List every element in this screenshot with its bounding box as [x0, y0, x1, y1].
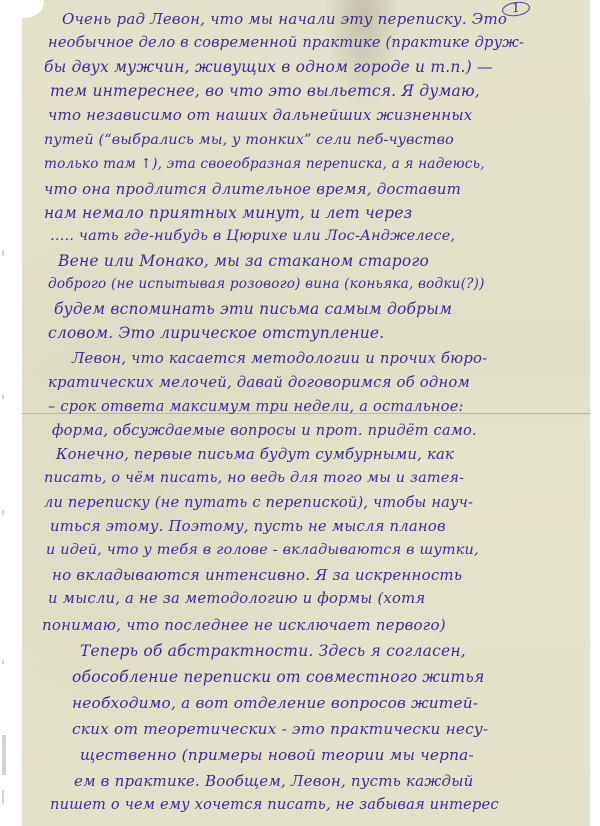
letter-line: необычное дело в современной практике (п…	[48, 34, 524, 51]
letter-line: писать, о чём писать, но ведь для того м…	[44, 470, 464, 486]
letter-line: Левон, что касается методологии и прочих…	[72, 350, 487, 367]
letter-line: Очень рад Левон, что мы начали эту переп…	[62, 10, 507, 28]
letter-line: щественно (примеры новой теории мы черпа…	[80, 746, 474, 764]
letter-line: ем в практике. Вообщем, Левон, пусть каж…	[74, 772, 474, 790]
letter-line: только там ↑), эта своеобразная переписк…	[44, 156, 485, 172]
letter-line: Конечно, первые письма будут сумбурными,…	[56, 446, 454, 463]
letter-line: кратических мелочей, давай договоримся о…	[48, 374, 470, 391]
letter-line: что она продлится длительное время, дост…	[44, 180, 461, 198]
letter-line: – срок ответа максимум три недели, а ост…	[48, 398, 464, 415]
letter-line: необходимо, а вот отделение вопросов жит…	[72, 694, 478, 712]
letter-line: и мысли, а не за методологию и формы (хо…	[48, 590, 425, 607]
letter-line: нам немало приятных минут, и лет через	[44, 204, 412, 222]
letter-line: ….. чать где-нибудь в Цюрихе или Лос-Анд…	[50, 228, 455, 244]
letter-line: понимаю, что последнее не исключает перв…	[42, 616, 446, 634]
letter-line: иться этому. Поэтому, пусть не мысля пла…	[50, 518, 446, 535]
letter-line: Вене или Монако, мы за стаканом старого	[58, 252, 429, 270]
letter-line: тем интереснее, во что это выльется. Я д…	[50, 82, 480, 100]
letter-line: ских от теоретических - это практически …	[72, 720, 488, 738]
letter-line: бы двух мужчин, живущих в одном городе и…	[44, 58, 493, 76]
letter-line: будем вспоминать эти письма самым добрым	[54, 300, 452, 318]
letter-line: форма, обсуждаемые вопросы и прот. придё…	[52, 422, 477, 439]
letter-line: доброго (не испытывая розового) вина (ко…	[48, 276, 485, 292]
letter-line: путей (“выбрались мы, у тонких” сели пеб…	[44, 132, 454, 148]
letter-line: что независимо от наших дальнейших жизне…	[48, 106, 472, 124]
handwritten-letter-body: Очень рад Левон, что мы начали эту переп…	[0, 0, 600, 826]
letter-line: Теперь об абстрактности. Здесь я согласе…	[80, 642, 466, 660]
letter-line: ли переписку (не путать с перепиской), ч…	[44, 494, 473, 511]
letter-line: обособление переписки от совместного жит…	[72, 668, 484, 686]
letter-line: словом. Это лирическое отступление.	[48, 324, 384, 342]
letter-line: но вкладываются интенсивно. Я за искренн…	[52, 566, 462, 584]
letter-line: пишет о чем ему хочется писать, не забыв…	[50, 796, 499, 813]
letter-line: и идей, что у тебя в голове - вкладывают…	[46, 542, 479, 558]
